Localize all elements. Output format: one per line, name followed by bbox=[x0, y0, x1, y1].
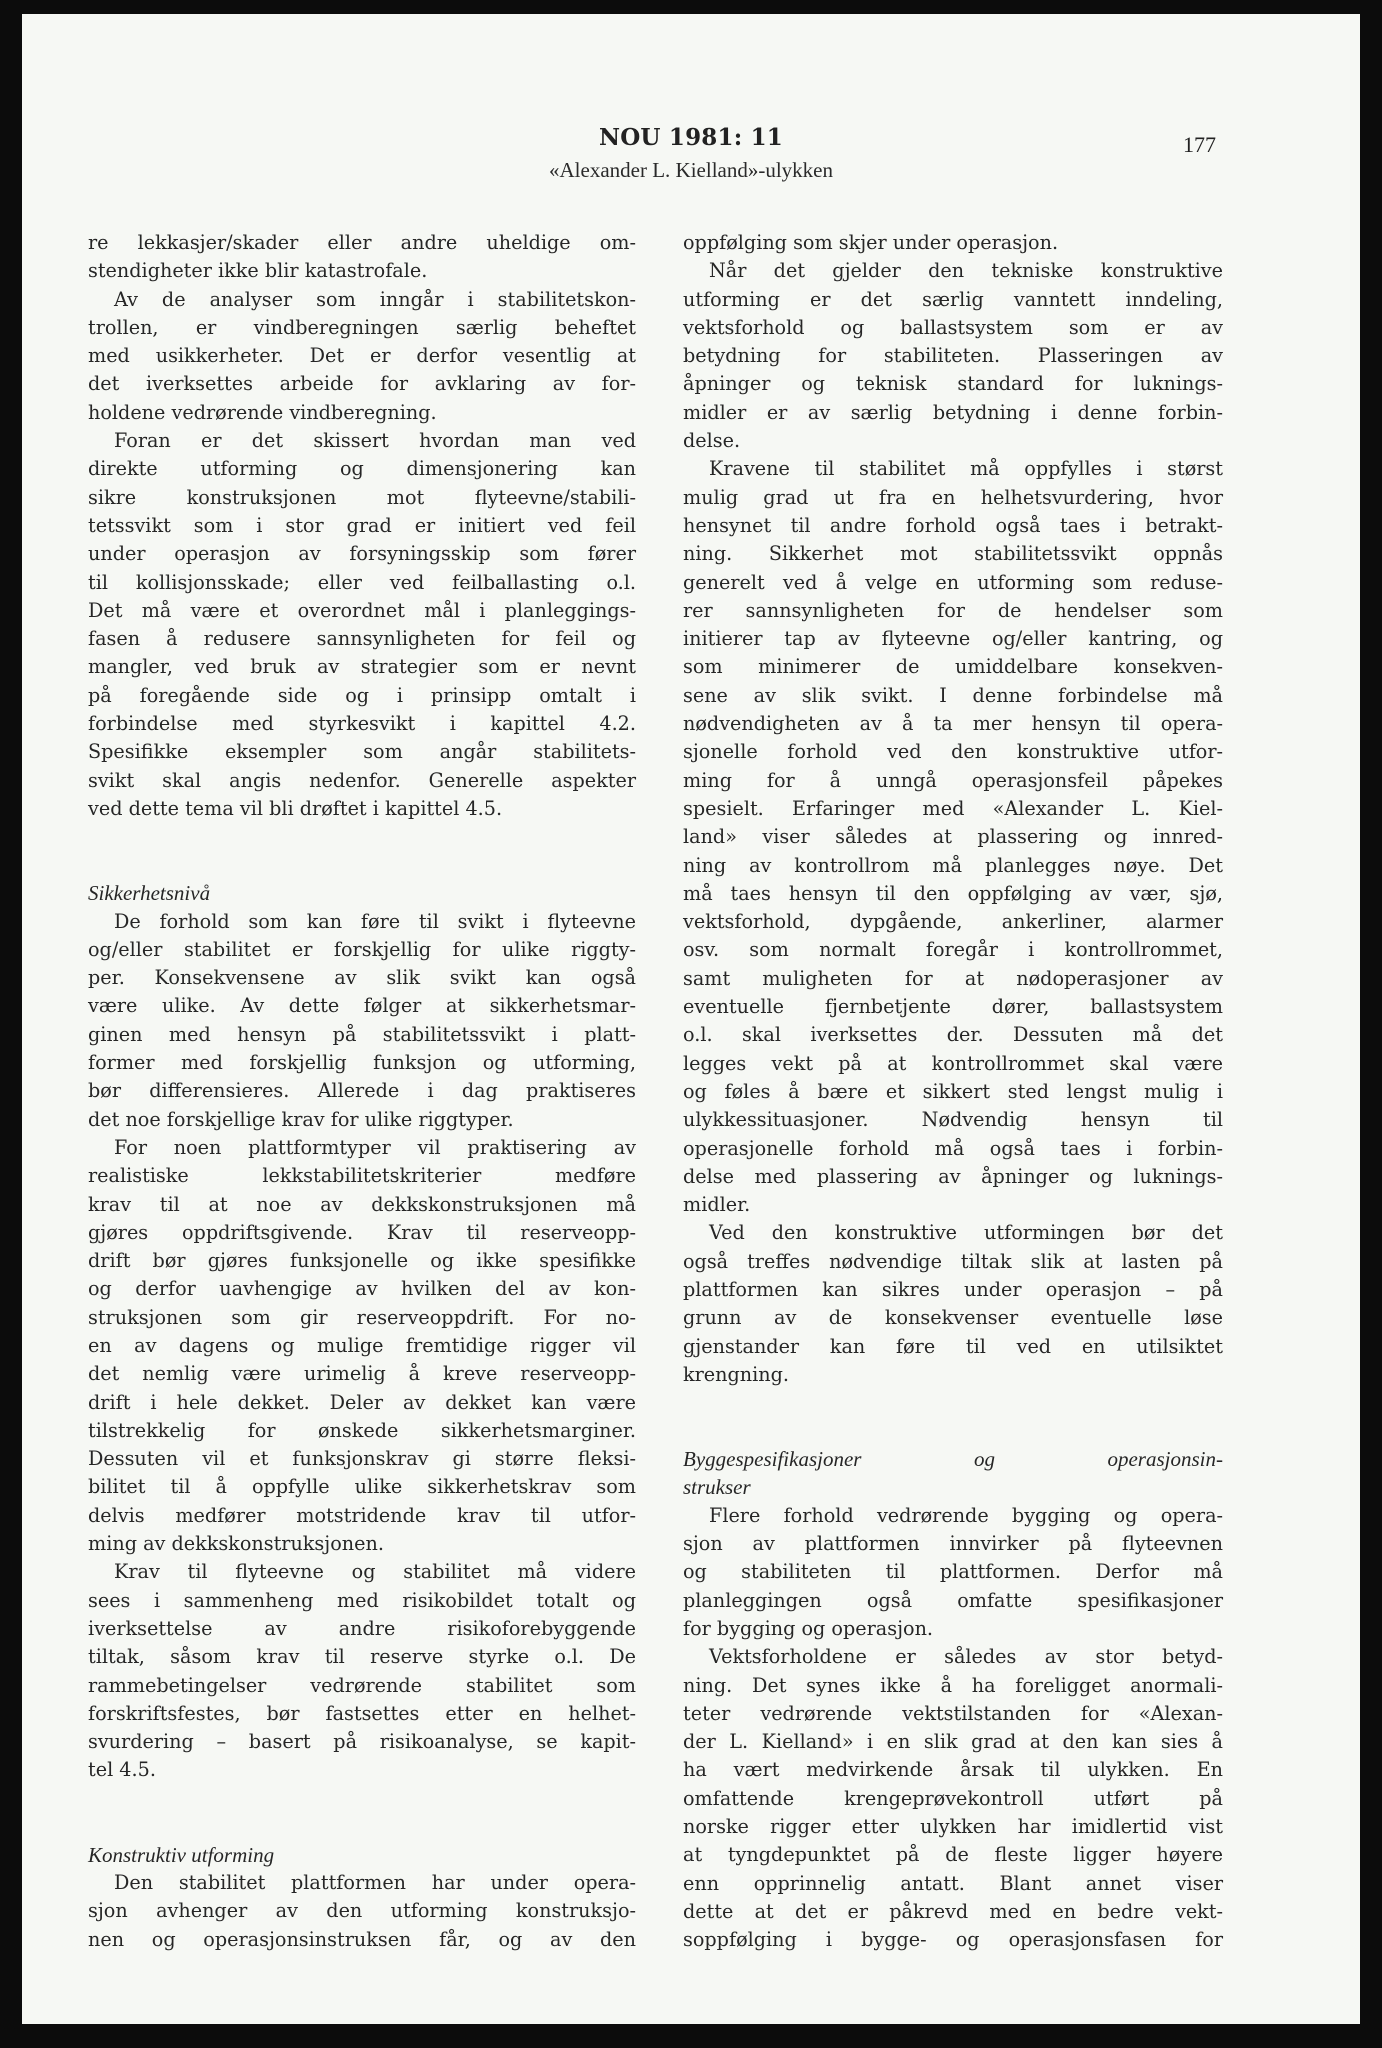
text-line: ha vært medvirkende årsak til ulykken. E… bbox=[683, 1756, 1223, 1784]
text-line: spesielt. Erfaringer med «Alexander L. K… bbox=[683, 795, 1223, 823]
text-line: svikt skal angis nedenfor. Generelle asp… bbox=[88, 767, 636, 795]
text-line: være ulike. Av dette følger at sikkerhet… bbox=[88, 992, 636, 1020]
text-line: midler. bbox=[683, 1191, 1223, 1219]
text-line: mulig grad ut fra en helhetsvurdering, h… bbox=[683, 484, 1223, 512]
text-line: Av de analyser som inngår i stabilitetsk… bbox=[88, 286, 636, 314]
text-line: Krav til flyteevne og stabilitet må vide… bbox=[88, 1558, 636, 1586]
text-line: åpninger og teknisk standard for lukning… bbox=[683, 370, 1223, 398]
text-line: til kollisjonsskade; eller ved feilballa… bbox=[88, 569, 636, 597]
text-line: struksjonen som gir reserveoppdrift. For… bbox=[88, 1304, 636, 1332]
text-line: Kravene til stabilitet må oppfylles i st… bbox=[683, 455, 1223, 483]
report-subtitle: «Alexander L. Kielland»-ulykken bbox=[0, 158, 1382, 183]
paragraph: Ved den konstruktive utformingen bør det… bbox=[683, 1219, 1223, 1389]
text-line: Ved den konstruktive utformingen bør det bbox=[683, 1219, 1223, 1247]
text-line: betydning for stabiliteten. Plasseringen… bbox=[683, 342, 1223, 370]
text-line: ming for å unngå operasjonsfeil påpekes bbox=[683, 767, 1223, 795]
text-line: tiltak, såsom krav til reserve styrke o.… bbox=[88, 1643, 636, 1671]
text-line: og/eller stabilitet er forskjellig for u… bbox=[88, 936, 636, 964]
text-line: soppfølging i bygge- og operasjonsfasen … bbox=[683, 1926, 1223, 1954]
text-line: også treffes nødvendige tiltak slik at l… bbox=[683, 1248, 1223, 1276]
text-line: gjøres oppdriftsgivende. Krav til reserv… bbox=[88, 1219, 636, 1247]
text-line: utforming er det særlig vanntett inndeli… bbox=[683, 286, 1223, 314]
text-line: Det må være et overordnet mål i planlegg… bbox=[88, 597, 636, 625]
text-line: De forhold som kan føre til svikt i flyt… bbox=[88, 908, 636, 936]
text-line: initierer tap av flyteevne og/eller kant… bbox=[683, 625, 1223, 653]
text-line: og derfor uavhengige av hvilken del av k… bbox=[88, 1275, 636, 1303]
paragraph: Kravene til stabilitet må oppfylles i st… bbox=[683, 455, 1223, 1219]
paragraph: De forhold som kan føre til svikt i flyt… bbox=[88, 908, 636, 1134]
text-line: forbindelse med styrkesvikt i kapittel 4… bbox=[88, 710, 636, 738]
heading-line: Sikkerhetsnivå bbox=[88, 879, 636, 907]
text-line: ulykkessituasjoner. Nødvendig hensyn til bbox=[683, 1106, 1223, 1134]
text-line: sees i sammenheng med risikobildet total… bbox=[88, 1587, 636, 1615]
text-line: grunn av de konsekvenser eventuelle løse bbox=[683, 1304, 1223, 1332]
text-line: vektsforhold, dypgående, ankerliner, ala… bbox=[683, 908, 1223, 936]
paragraph: For noen plattformtyper vil praktisering… bbox=[88, 1134, 636, 1558]
text-line: det iverksettes arbeide for avklaring av… bbox=[88, 370, 636, 398]
text-line: dette at det er påkrevd med en bedre vek… bbox=[683, 1898, 1223, 1926]
text-line: oppfølging som skjer under operasjon. bbox=[683, 229, 1223, 257]
text-line: svurdering – basert på risikoanalyse, se… bbox=[88, 1728, 636, 1756]
text-line: legges vekt på at kontrollrommet skal væ… bbox=[683, 1050, 1223, 1078]
text-line: delse. bbox=[683, 427, 1223, 455]
section-heading: Konstruktiv utforming bbox=[88, 1841, 636, 1869]
text-line: norske rigger etter ulykken har imidlert… bbox=[683, 1813, 1223, 1841]
text-line: drift bør gjøres funksjonelle og ikke sp… bbox=[88, 1247, 636, 1275]
text-line: med usikkerheter. Det er derfor vesentli… bbox=[88, 342, 636, 370]
text-line: hensynet til andre forhold også taes i b… bbox=[683, 512, 1223, 540]
text-line: det nemlig være urimelig å kreve reserve… bbox=[88, 1360, 636, 1388]
text-line: land» viser således at plassering og inn… bbox=[683, 823, 1223, 851]
text-line: ning. Det synes ikke å ha foreligget ano… bbox=[683, 1672, 1223, 1700]
text-line: tilstrekkelig for ønskede sikkerhetsmarg… bbox=[88, 1417, 636, 1445]
text-line: re lekkasjer/skader eller andre uheldige… bbox=[88, 229, 636, 257]
text-line: gjenstander kan føre til ved en utilsikt… bbox=[683, 1333, 1223, 1361]
text-line: sjon avhenger av den utforming konstruks… bbox=[88, 1897, 636, 1925]
text-line: enn opprinnelig antatt. Blant annet vise… bbox=[683, 1870, 1223, 1898]
text-line: der L. Kielland» i en slik grad at den k… bbox=[683, 1728, 1223, 1756]
text-line: forskriftsfestes, bør fastsettes etter e… bbox=[88, 1700, 636, 1728]
text-line: sjonelle forhold ved den konstruktive ut… bbox=[683, 738, 1223, 766]
text-line: tel 4.5. bbox=[88, 1756, 636, 1784]
text-line: former med forskjellig funksjon og utfor… bbox=[88, 1049, 636, 1077]
text-line: samt muligheten for at nødoperasjoner av bbox=[683, 965, 1223, 993]
text-line: må taes hensyn til den oppfølging av vær… bbox=[683, 880, 1223, 908]
text-line: midler er av særlig betydning i denne fo… bbox=[683, 399, 1223, 427]
heading-line: strukser bbox=[683, 1473, 1223, 1501]
text-line: omfattende krengeprøvekontroll utført på bbox=[683, 1785, 1223, 1813]
section-heading: Byggespesifikasjoner og operasjonsin-str… bbox=[683, 1445, 1223, 1502]
text-line: en av dagens og mulige fremtidige rigger… bbox=[88, 1332, 636, 1360]
text-line: Den stabilitet plattformen har under ope… bbox=[88, 1869, 636, 1897]
paragraph: Vektsforholdene er således av stor betyd… bbox=[683, 1643, 1223, 1954]
text-line: For noen plattformtyper vil praktisering… bbox=[88, 1134, 636, 1162]
text-line: teter vedrørende vektstilstanden for «Al… bbox=[683, 1700, 1223, 1728]
text-line: på foregående side og i prinsipp omtalt … bbox=[88, 682, 636, 710]
text-line: drift i hele dekket. Deler av dekket kan… bbox=[88, 1389, 636, 1417]
text-line: Når det gjelder den tekniske konstruktiv… bbox=[683, 257, 1223, 285]
text-line: nen og operasjonsinstruksen får, og av d… bbox=[88, 1926, 636, 1954]
text-line: for bygging og operasjon. bbox=[683, 1615, 1223, 1643]
text-line: plattformen kan sikres under operasjon –… bbox=[683, 1276, 1223, 1304]
text-line: sjon av plattformen innvirker på flyteev… bbox=[683, 1530, 1223, 1558]
text-line: direkte utforming og dimensjonering kan bbox=[88, 455, 636, 483]
text-line: bør differensieres. Allerede i dag prakt… bbox=[88, 1077, 636, 1105]
text-line: rer sannsynligheten for de hendelser som bbox=[683, 597, 1223, 625]
text-line: operasjonelle forhold må også taes i for… bbox=[683, 1135, 1223, 1163]
section-heading: Sikkerhetsnivå bbox=[88, 879, 636, 907]
text-line: holdene vedrørende vindberegning. bbox=[88, 399, 636, 427]
text-line: det noe forskjellige krav for ulike rigg… bbox=[88, 1106, 636, 1134]
text-line: fasen å redusere sannsynligheten for fei… bbox=[88, 625, 636, 653]
text-line: tetssvikt som i stor grad er initiert ve… bbox=[88, 512, 636, 540]
text-line: realistiske lekkstabilitetskriterier med… bbox=[88, 1162, 636, 1190]
text-line: per. Konsekvensene av slik svikt kan ogs… bbox=[88, 964, 636, 992]
paragraph: Foran er det skissert hvordan man veddir… bbox=[88, 427, 636, 823]
paragraph: Den stabilitet plattformen har under ope… bbox=[88, 1869, 636, 1954]
section-gap bbox=[683, 1389, 1223, 1445]
text-line: eventuelle fjernbetjente dører, ballasts… bbox=[683, 993, 1223, 1021]
text-line: og stabiliteten til plattformen. Derfor … bbox=[683, 1558, 1223, 1586]
text-line: rammebetingelser vedrørende stabilitet s… bbox=[88, 1672, 636, 1700]
paragraph: Flere forhold vedrørende bygging og oper… bbox=[683, 1502, 1223, 1643]
page-number: 177 bbox=[1183, 132, 1216, 158]
text-line: og føles å bære et sikkert sted lengst m… bbox=[683, 1078, 1223, 1106]
text-line: ning. Sikkerhet mot stabilitetssvikt opp… bbox=[683, 540, 1223, 568]
text-line: planleggingen også omfatte spesifikasjon… bbox=[683, 1587, 1223, 1615]
text-line: krav til at noe av dekkskonstruksjonen m… bbox=[88, 1191, 636, 1219]
text-line: bilitet til å oppfylle ulike sikkerhetsk… bbox=[88, 1473, 636, 1501]
text-line: trollen, er vindberegningen særlig behef… bbox=[88, 314, 636, 342]
text-line: mangler, ved bruk av strategier som er n… bbox=[88, 653, 636, 681]
paragraph: re lekkasjer/skader eller andre uheldige… bbox=[88, 229, 636, 286]
text-line: osv. som normalt foregår i kontrollromme… bbox=[683, 936, 1223, 964]
text-line: Vektsforholdene er således av stor betyd… bbox=[683, 1643, 1223, 1671]
paragraph: oppfølging som skjer under operasjon. bbox=[683, 229, 1223, 257]
right-column: oppfølging som skjer under operasjon.Når… bbox=[683, 229, 1223, 1955]
text-line: delvis medfører motstridende krav til ut… bbox=[88, 1502, 636, 1530]
text-line: Foran er det skissert hvordan man ved bbox=[88, 427, 636, 455]
text-line: delse med plassering av åpninger og lukn… bbox=[683, 1163, 1223, 1191]
left-column: re lekkasjer/skader eller andre uheldige… bbox=[88, 229, 636, 1954]
text-line: generelt ved å velge en utforming som re… bbox=[683, 569, 1223, 597]
text-line: iverksettelse av andre risikoforebyggend… bbox=[88, 1615, 636, 1643]
text-line: nødvendigheten av å ta mer hensyn til op… bbox=[683, 710, 1223, 738]
text-line: sikre konstruksjonen mot flyteevne/stabi… bbox=[88, 484, 636, 512]
text-line: ming av dekkskonstruksjonen. bbox=[88, 1530, 636, 1558]
text-line: vektsforhold og ballastsystem som er av bbox=[683, 314, 1223, 342]
text-line: sene av slik svikt. I denne forbindelse … bbox=[683, 682, 1223, 710]
text-line: at tyngdepunktet på de fleste ligger høy… bbox=[683, 1841, 1223, 1869]
text-line: Dessuten vil et funksjonskrav gi større … bbox=[88, 1445, 636, 1473]
paragraph: Av de analyser som inngår i stabilitetsk… bbox=[88, 286, 636, 427]
report-title: NOU 1981: 11 bbox=[0, 124, 1382, 151]
text-line: o.l. skal iverksettes der. Dessuten må d… bbox=[683, 1021, 1223, 1049]
text-line: under operasjon av forsyningsskip som fø… bbox=[88, 540, 636, 568]
heading-line: Byggespesifikasjoner og operasjonsin- bbox=[683, 1445, 1223, 1473]
section-gap bbox=[88, 823, 636, 879]
heading-line: Konstruktiv utforming bbox=[88, 1841, 636, 1869]
text-line: stendigheter ikke blir katastrofale. bbox=[88, 257, 636, 285]
text-line: ginen med hensyn på stabilitetssvikt i p… bbox=[88, 1021, 636, 1049]
text-line: ning av kontrollrom må planlegges nøye. … bbox=[683, 852, 1223, 880]
text-line: Flere forhold vedrørende bygging og oper… bbox=[683, 1502, 1223, 1530]
section-gap bbox=[88, 1785, 636, 1841]
paragraph: Krav til flyteevne og stabilitet må vide… bbox=[88, 1558, 636, 1784]
text-line: ved dette tema vil bli drøftet i kapitte… bbox=[88, 795, 636, 823]
paragraph: Når det gjelder den tekniske konstruktiv… bbox=[683, 257, 1223, 455]
text-line: krengning. bbox=[683, 1361, 1223, 1389]
text-line: Spesifikke eksempler som angår stabilite… bbox=[88, 738, 636, 766]
text-line: som minimerer de umiddelbare konsekven- bbox=[683, 653, 1223, 681]
